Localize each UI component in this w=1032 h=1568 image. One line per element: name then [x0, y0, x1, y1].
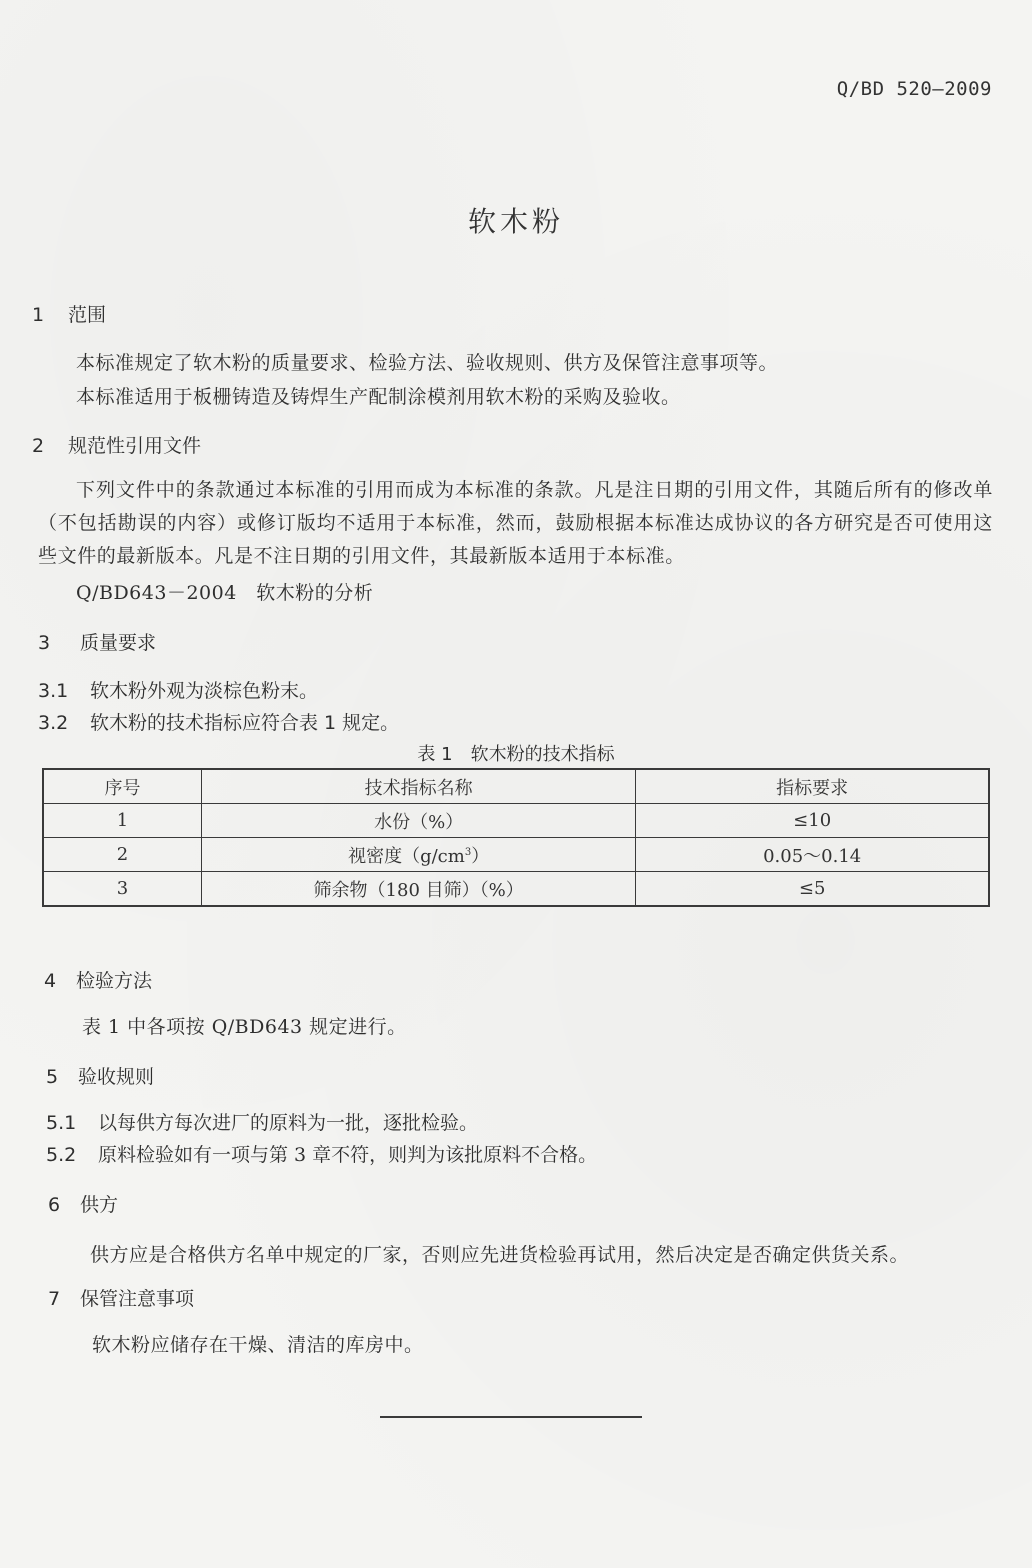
cell-requirement: ≤5	[636, 872, 989, 907]
section-7-paragraph: 软木粉应储存在干燥、清洁的库房中。	[92, 1330, 424, 1357]
section-1-heading: 1范围	[32, 300, 106, 327]
section-title: 供方	[80, 1194, 118, 1216]
section-1-paragraph-1: 本标准规定了软木粉的质量要求、检验方法、验收规则、供方及保管注意事项等。	[76, 348, 778, 375]
section-5-heading: 5验收规则	[46, 1062, 154, 1089]
section-number: 1	[32, 304, 68, 326]
section-number: 6	[48, 1194, 80, 1216]
section-title: 规范性引用文件	[68, 435, 201, 457]
clause-number: 5.2	[46, 1144, 98, 1166]
section-3-heading: 3质量要求	[38, 628, 156, 655]
document-title: 软木粉	[0, 200, 1032, 240]
clause-5-1: 5.1以每供方每次进厂的原料为一批，逐批检验。	[46, 1108, 478, 1135]
technical-spec-table: 序号 技术指标名称 指标要求 1 水份（%） ≤10 2 视密度（g/cm3） …	[42, 768, 990, 907]
clause-text: 原料检验如有一项与第 3 章不符，则判为该批原料不合格。	[98, 1144, 597, 1166]
section-4-heading: 4检验方法	[44, 966, 152, 993]
section-number: 3	[38, 632, 80, 654]
section-title: 验收规则	[78, 1066, 154, 1088]
clause-text: 软木粉的技术指标应符合表 1 规定。	[90, 712, 399, 734]
section-6-paragraph: 供方应是合格供方名单中规定的厂家，否则应先进货检验再试用，然后决定是否确定供货关…	[90, 1240, 909, 1267]
section-number: 2	[32, 435, 68, 457]
cell-name: 视密度（g/cm3）	[201, 838, 635, 872]
cell-requirement: 0.05～0.14	[636, 838, 989, 872]
cell-name-text: 视密度（g/cm	[348, 846, 465, 867]
document-page: Q/BD 520—2009 软木粉 1范围 本标准规定了软木粉的质量要求、检验方…	[0, 0, 1032, 1568]
section-title: 质量要求	[80, 632, 156, 654]
column-header-name: 技术指标名称	[201, 769, 635, 804]
document-code: Q/BD 520—2009	[837, 78, 992, 100]
clause-3-1: 3.1软木粉外观为淡棕色粉末。	[38, 676, 318, 703]
section-6-heading: 6供方	[48, 1190, 118, 1217]
clause-number: 3.2	[38, 712, 90, 734]
normative-reference: Q/BD643－2004 软木粉的分析	[76, 578, 373, 605]
section-number: 5	[46, 1066, 78, 1088]
table-row: 2 视密度（g/cm3） 0.05～0.14	[43, 838, 989, 872]
cell-requirement: ≤10	[636, 804, 989, 838]
section-title: 保管注意事项	[80, 1288, 194, 1310]
column-header-number: 序号	[43, 769, 201, 804]
section-4-paragraph: 表 1 中各项按 Q/BD643 规定进行。	[82, 1012, 407, 1039]
clause-text: 软木粉外观为淡棕色粉末。	[90, 680, 318, 702]
cell-name: 筛余物（180 目筛）（%）	[201, 872, 635, 907]
table-row: 1 水份（%） ≤10	[43, 804, 989, 838]
cell-number: 3	[43, 872, 201, 907]
section-2-heading: 2规范性引用文件	[32, 431, 201, 458]
clause-number: 5.1	[46, 1112, 98, 1134]
section-title: 范围	[68, 304, 106, 326]
table-caption: 表 1 软木粉的技术指标	[0, 740, 1032, 766]
section-number: 4	[44, 970, 76, 992]
section-2-paragraph: 下列文件中的条款通过本标准的引用而成为本标准的条款。凡是注日期的引用文件，其随后…	[38, 474, 993, 573]
section-title: 检验方法	[76, 970, 152, 992]
section-7-heading: 7保管注意事项	[48, 1284, 194, 1311]
clause-number: 3.1	[38, 680, 90, 702]
cell-number: 1	[43, 804, 201, 838]
column-header-requirement: 指标要求	[636, 769, 989, 804]
cell-name-suffix: ）	[471, 846, 489, 867]
clause-3-2: 3.2软木粉的技术指标应符合表 1 规定。	[38, 708, 399, 735]
section-number: 7	[48, 1288, 80, 1310]
table-row: 3 筛余物（180 目筛）（%） ≤5	[43, 872, 989, 907]
clause-text: 以每供方每次进厂的原料为一批，逐批检验。	[98, 1112, 478, 1134]
clause-5-2: 5.2原料检验如有一项与第 3 章不符，则判为该批原料不合格。	[46, 1140, 597, 1167]
end-of-document-rule	[380, 1416, 642, 1418]
cell-name: 水份（%）	[201, 804, 635, 838]
table-header-row: 序号 技术指标名称 指标要求	[43, 769, 989, 804]
cell-number: 2	[43, 838, 201, 872]
section-1-paragraph-2: 本标准适用于板栅铸造及铸焊生产配制涂模剂用软木粉的采购及验收。	[76, 382, 681, 409]
